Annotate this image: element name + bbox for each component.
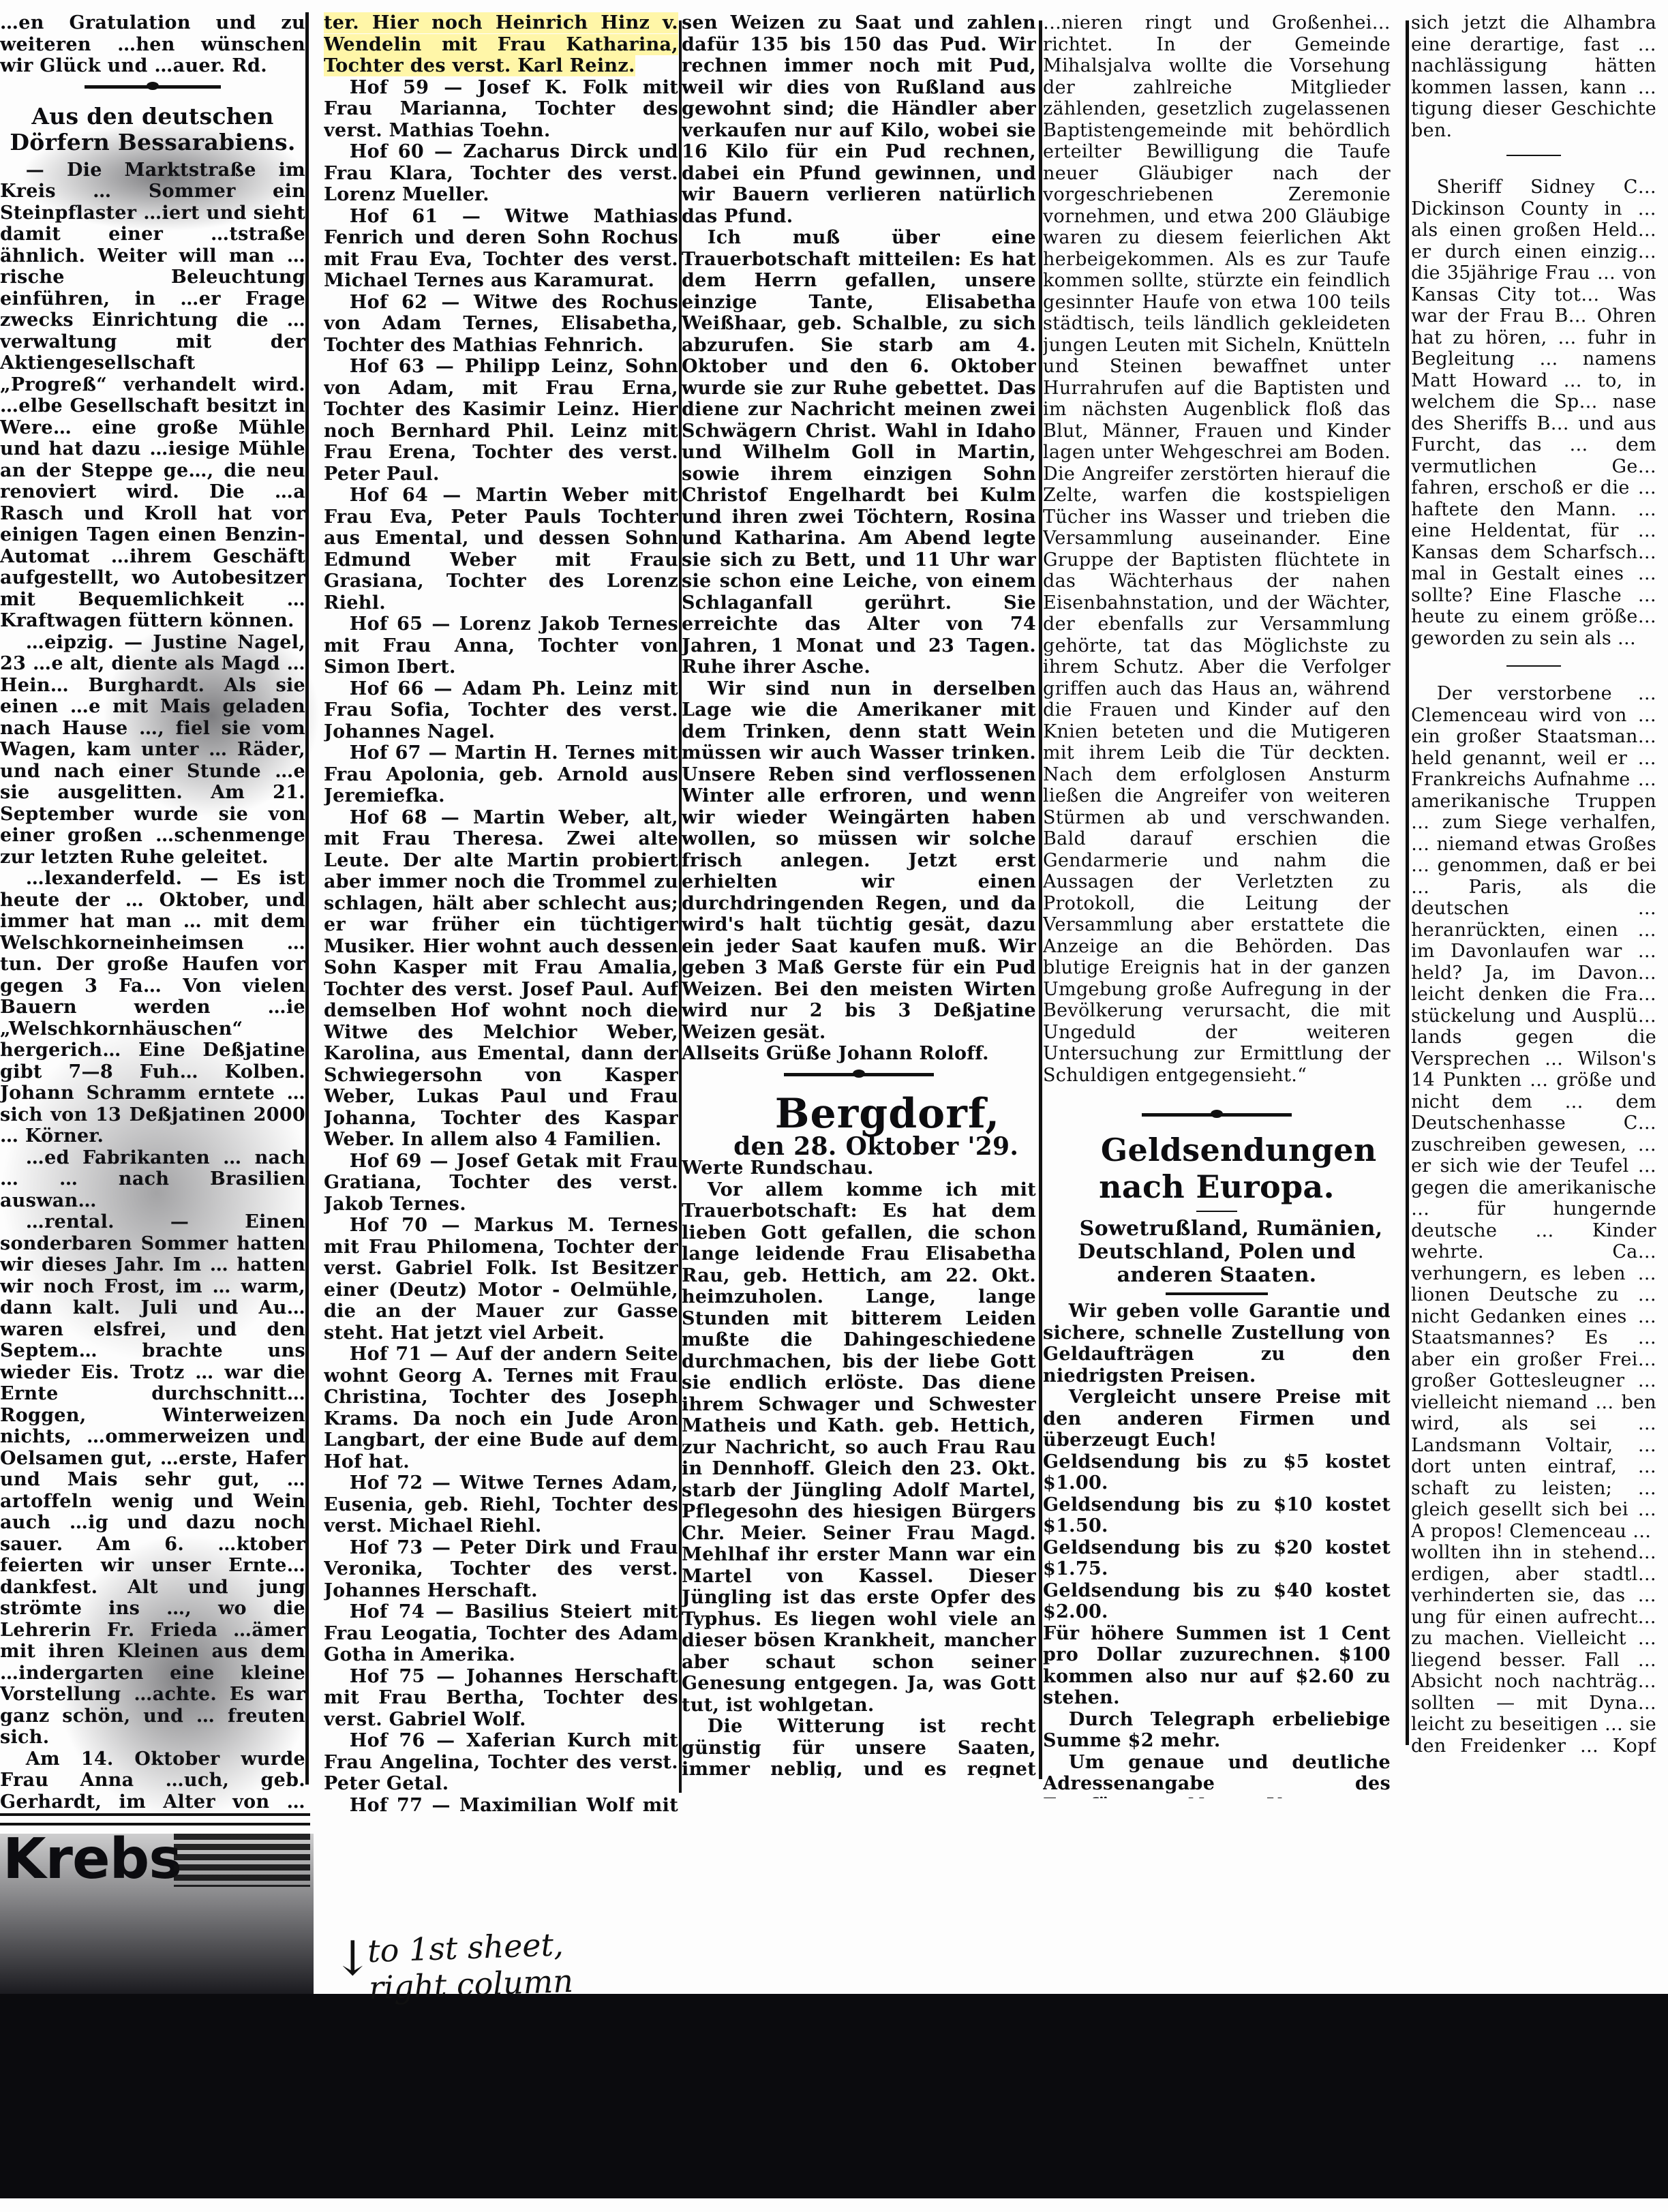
col1-paragraph: Am 14. Oktober wurde Frau Anna …uch, geb… — [0, 1748, 305, 1813]
hof-entry: Hof 63 — Philipp Leinz, Sohn von Adam, m… — [324, 356, 678, 485]
col5-paragraph: sich jetzt die Alhambra eine derartige, … — [1411, 12, 1656, 141]
dateline: den 28. Oktober '29. — [682, 1136, 1036, 1158]
divider — [1196, 1211, 1237, 1212]
hof-entry: Hof 64 — Martin Weber mit Frau Eva, Pete… — [324, 485, 678, 613]
handwritten-line: right column — [368, 1963, 574, 2006]
ad-paragraph: Durch Telegraph erbeliebige Summe $2 meh… — [1043, 1709, 1391, 1752]
hof-entry: Hof 77 — Maximilian Wolf mit Frau Helest… — [324, 1795, 678, 1813]
price-label: Geldsendung bis zu $5 kostet — [1043, 1451, 1391, 1472]
ad-paragraph: Um genaue und deutliche Adressenangabe d… — [1043, 1752, 1391, 1799]
price-row: Geldsendung bis zu $40 kostet $2.00. — [1043, 1580, 1391, 1623]
divider — [1506, 665, 1561, 667]
hof-entry: Hof 59 — Josef K. Folk mit Frau Marianna… — [324, 77, 678, 142]
price-label: Geldsendung bis zu $10 kostet — [1043, 1494, 1391, 1515]
hof-entry: Hof 75 — Johannes Herschaft mit Frau Ber… — [324, 1666, 678, 1731]
divider — [1166, 1292, 1268, 1295]
col4-article: …nieren ringt und Großenhei… richtet. In… — [1043, 12, 1391, 1086]
newspaper-page: …en Gratulation und zu weiteren …hen wün… — [0, 0, 1668, 2212]
col5-paragraph: Sheriff Sidney C… Dickinson County in … … — [1411, 177, 1656, 649]
scan-dark-edge — [0, 1994, 1668, 2198]
hof-entry: Hof 66 — Adam Ph. Leinz mit Frau Sofia, … — [324, 678, 678, 743]
col1-paragraph: …rental. — Einen sonderbaren Sommer hatt… — [0, 1211, 305, 1748]
col1-paragraph: — Die Marktstraße im Kreis … Sommer ein … — [0, 160, 305, 632]
hof-entry: Hof 72 — Witwe Ternes Adam, Eusenia, geb… — [324, 1472, 678, 1537]
divider-ornament — [1142, 1113, 1292, 1123]
handwritten-note: to 1st sheet, right column — [367, 1926, 574, 2006]
price-label: Geldsendung bis zu $40 kostet — [1043, 1580, 1391, 1601]
hof-entry: Hof 68 — Martin Weber, alt, mit Frau The… — [324, 807, 678, 1151]
price-value: $1.50. — [1043, 1515, 1108, 1536]
double-rule — [0, 1813, 310, 1825]
ad-paragraph: Wir geben volle Garantie und sichere, sc… — [1043, 1301, 1391, 1387]
ad-title: Geldsendungen nach Europa. — [1043, 1132, 1391, 1205]
col1-paragraph: …lexanderfeld. — Es ist heute der … Okto… — [0, 868, 305, 1147]
col3-paragraph: Ich muß über eine Trauerbotschaft mittei… — [682, 227, 1036, 678]
price-value: $2.00. — [1043, 1601, 1108, 1622]
hof-entry: Hof 70 — Markus M. Ternes mit Frau Philo… — [324, 1215, 678, 1344]
col2-lead: ter. Hier noch Heinrich Hinz v. Wendelin… — [324, 12, 678, 77]
hof-entry: Hof 60 — Zacharus Dirck und Frau Klara, … — [324, 141, 678, 206]
hof-entry: Hof 62 — Witwe des Rochus von Adam Terne… — [324, 292, 678, 357]
hof-entry: Hof 67 — Martin H. Ternes mit Frau Apolo… — [324, 742, 678, 807]
salutation: Werte Rundschau. — [682, 1157, 1036, 1179]
ad-paragraph: Für höhere Summen ist 1 Cent pro Dollar … — [1043, 1623, 1391, 1709]
price-row: Geldsendung bis zu $20 kostet $1.75. — [1043, 1537, 1391, 1580]
col1-top-lines: …en Gratulation und zu weiteren …hen wün… — [0, 12, 305, 77]
divider-ornament — [784, 1073, 934, 1083]
column-5: sich jetzt die Alhambra eine derartige, … — [1411, 12, 1656, 1757]
ad-paragraph: Vergleicht unsere Preise mit den anderen… — [1043, 1387, 1391, 1451]
money-transfer-ad: Geldsendungen nach Europa. Sowetrußland,… — [1043, 1132, 1391, 1798]
column-divider — [305, 12, 309, 1785]
column-divider — [1406, 20, 1409, 1745]
col5-paragraph: wollten ihn in stehend… erdigen, aber st… — [1411, 1542, 1656, 1757]
hof-entry: Hof 65 — Lorenz Jakob Ternes mit Frau An… — [324, 613, 678, 678]
ad-subtitle: Sowetrußland, Rumänien, Deutschland, Pol… — [1043, 1217, 1391, 1287]
highlighted-text: ter. Hier noch Heinrich Hinz v. Wendelin… — [324, 12, 678, 76]
col5-paragraph: Der verstorbene … Clemenceau wird von … … — [1411, 683, 1656, 1542]
scan-shadow — [0, 1834, 314, 1994]
column-1: …en Gratulation und zu weiteren …hen wün… — [0, 12, 305, 1812]
column-2: ter. Hier noch Heinrich Hinz v. Wendelin… — [324, 12, 678, 1812]
hof-entry: Hof 73 — Peter Dirk und Frau Veronika, T… — [324, 1537, 678, 1602]
hof-entry: Hof 74 — Basilius Steiert mit Frau Leoga… — [324, 1601, 678, 1666]
price-value: $1.00. — [1043, 1472, 1108, 1494]
hof-entry: Hof 69 — Josef Getak mit Frau Gratiana, … — [324, 1151, 678, 1215]
col1-paragraph: …eipzig. — Justine Nagel, 23 …e alt, die… — [0, 632, 305, 868]
column-3: sen Weizen zu Saat und zahlen dafür 135 … — [682, 12, 1036, 1778]
column-4: …nieren ringt und Großenhei… richtet. In… — [1043, 12, 1391, 1798]
hof-entry: Hof 76 — Xaferian Kurch mit Frau Angelin… — [324, 1730, 678, 1795]
col3-paragraph: Die Witterung ist recht günstig für unse… — [682, 1716, 1036, 1778]
hof-entry: Hof 61 — Witwe Mathias Fenrich und deren… — [324, 206, 678, 292]
hof-entry: Hof 71 — Auf der andern Seite wohnt Geor… — [324, 1344, 678, 1472]
col1-heading: Aus den deutschen Dörfern Bessarabiens. — [0, 104, 305, 155]
price-row: Geldsendung bis zu $10 kostet $1.50. — [1043, 1494, 1391, 1537]
divider-ornament — [85, 85, 221, 95]
price-label: Geldsendung bis zu $20 kostet — [1043, 1537, 1391, 1558]
col1-paragraph: …ed Fabrikanten … nach … … nach Brasilie… — [0, 1147, 305, 1212]
divider — [1506, 155, 1561, 156]
price-value: $1.75. — [1043, 1558, 1108, 1579]
col3-paragraph: Vor allem komme ich mit Trauerbotschaft:… — [682, 1179, 1036, 1716]
column-divider — [1039, 20, 1042, 1779]
col3-signoff: Allseits Grüße Johann Roloff. — [682, 1043, 1036, 1065]
col3-paragraph: Wir sind nun in derselben Lage wie die A… — [682, 678, 1036, 1044]
col3-paragraph: sen Weizen zu Saat und zahlen dafür 135 … — [682, 12, 1036, 227]
price-row: Geldsendung bis zu $5 kostet $1.00. — [1043, 1451, 1391, 1494]
bergdorf-heading: Bergdorf, — [682, 1091, 1036, 1136]
